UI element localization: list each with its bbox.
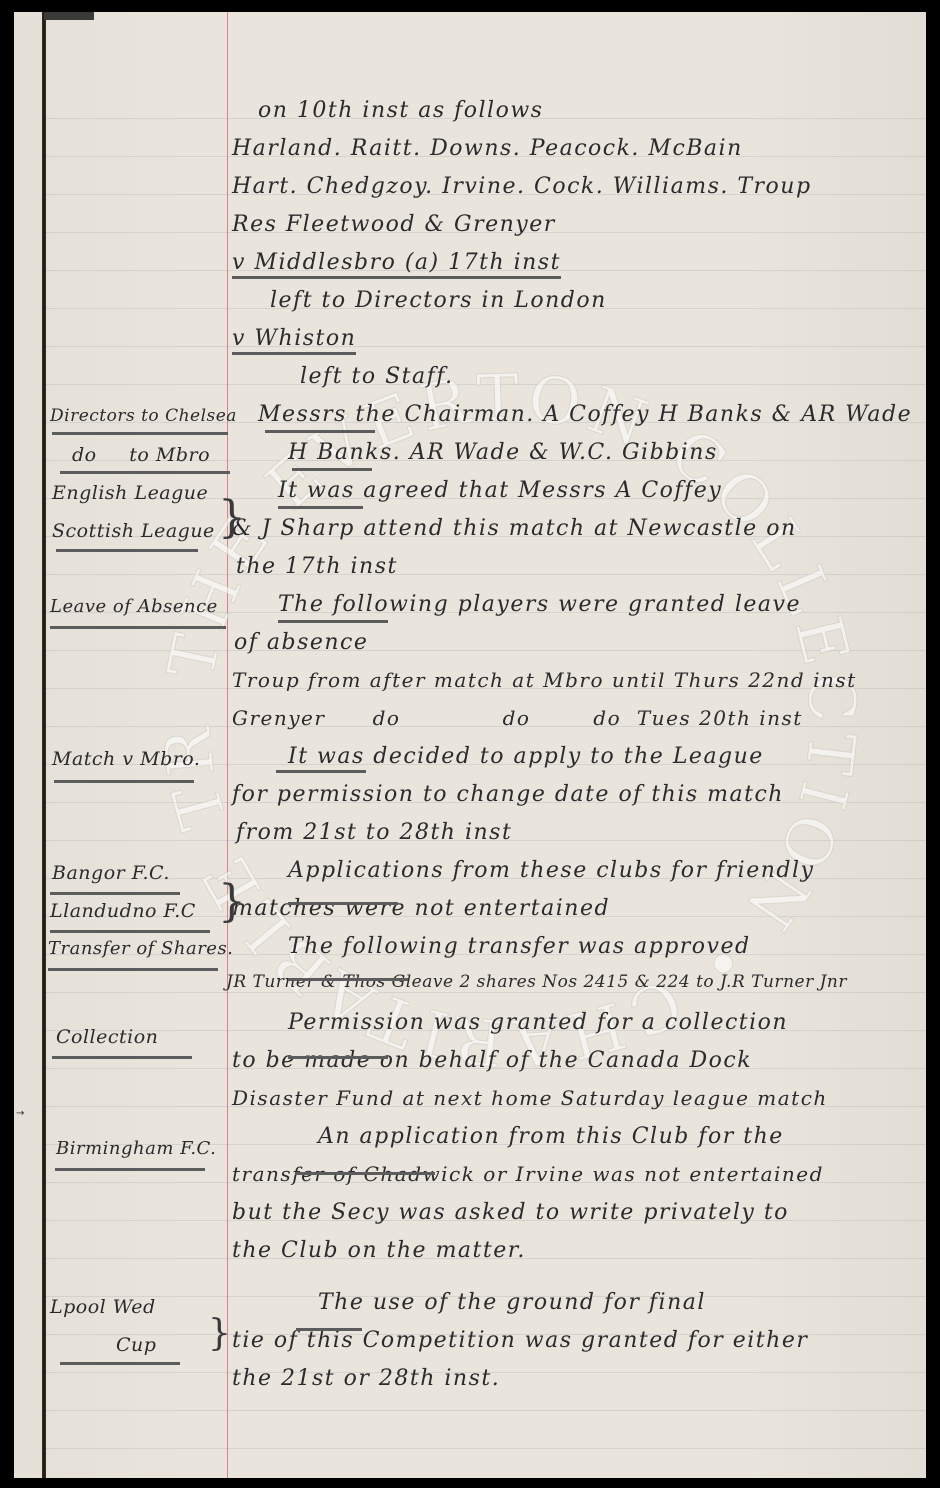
side-arrow-mark: → <box>16 1108 24 1119</box>
minute-line: the 17th inst <box>236 554 398 579</box>
margin-heading: do to Mbro <box>72 444 210 466</box>
minute-line: Hart. Chedgzoy. Irvine. Cock. Williams. … <box>232 174 812 199</box>
minute-line: & J Sharp attend this match at Newcastle… <box>232 516 797 541</box>
minute-line: H Banks. AR Wade & W.C. Gibbins <box>288 440 718 465</box>
minute-line: It was agreed that Messrs A Coffey <box>278 478 722 503</box>
minute-line: It was decided to apply to the League <box>288 744 764 769</box>
minute-line: Permission was granted for a collection <box>288 1010 788 1035</box>
minute-line-fixture: v Middlesbro (a) 17th inst <box>232 250 561 279</box>
brace-icon: } <box>218 880 246 924</box>
minute-line: left to Directors in London <box>270 288 607 313</box>
minute-line: Grenyer do do do Tues 20th inst <box>232 706 803 730</box>
margin-heading: Scottish League <box>52 520 215 542</box>
margin-heading: Bangor F.C. <box>52 862 170 884</box>
brace-icon: } <box>208 1316 231 1352</box>
brace-icon: } <box>218 496 246 540</box>
minute-line: Applications from these clubs for friend… <box>288 858 814 883</box>
minute-line: The following players were granted leave <box>278 592 801 617</box>
margin-rule <box>227 12 228 1478</box>
margin-heading: English League <box>52 482 208 504</box>
minute-line: of absence <box>234 630 368 655</box>
margin-heading: Leave of Absence <box>50 596 218 617</box>
margin-heading: Birmingham F.C. <box>56 1138 216 1159</box>
minute-line: tie of this Competition was granted for … <box>232 1328 808 1353</box>
binding-top-edge <box>44 12 94 20</box>
margin-heading: Transfer of Shares. <box>48 938 233 959</box>
minute-line: An application from this Club for the <box>318 1124 784 1149</box>
minute-line: the 21st or 28th inst. <box>232 1366 500 1391</box>
minute-line: The use of the ground for final <box>318 1290 706 1315</box>
margin-heading: Lpool Wed <box>50 1296 156 1318</box>
minute-line: Disaster Fund at next home Saturday leag… <box>232 1086 828 1110</box>
minute-line: The following transfer was approved <box>288 934 751 959</box>
margin-heading: Collection <box>56 1026 158 1048</box>
margin-heading: Llandudno F.C <box>50 900 196 922</box>
minute-line-fixture: v Whiston <box>232 326 356 355</box>
minute-line: to be made on behalf of the Canada Dock <box>232 1048 752 1073</box>
minute-line: on 10th inst as follows <box>258 98 543 123</box>
minute-line: but the Secy was asked to write privatel… <box>232 1200 789 1225</box>
minute-line: Troup from after match at Mbro until Thu… <box>232 668 857 692</box>
margin-heading: Cup <box>116 1334 156 1356</box>
minute-line: the Club on the matter. <box>232 1238 526 1263</box>
minute-line: for permission to change date of this ma… <box>232 782 784 807</box>
minute-line: from 21st to 28th inst <box>236 820 512 845</box>
minute-line: matches were not entertained <box>232 896 610 921</box>
minute-line: Messrs the Chairman. A Coffey H Banks & … <box>258 402 912 427</box>
minute-line: Harland. Raitt. Downs. Peacock. McBain <box>232 136 743 161</box>
margin-heading: Directors to Chelsea <box>50 406 237 426</box>
minute-line: left to Staff. <box>300 364 454 389</box>
margin-heading: Match v Mbro. <box>52 748 200 770</box>
minute-line: Res Fleetwood & Grenyer <box>232 212 556 237</box>
minute-line: JR Turner & Thos Gleave 2 shares Nos 241… <box>226 972 847 992</box>
